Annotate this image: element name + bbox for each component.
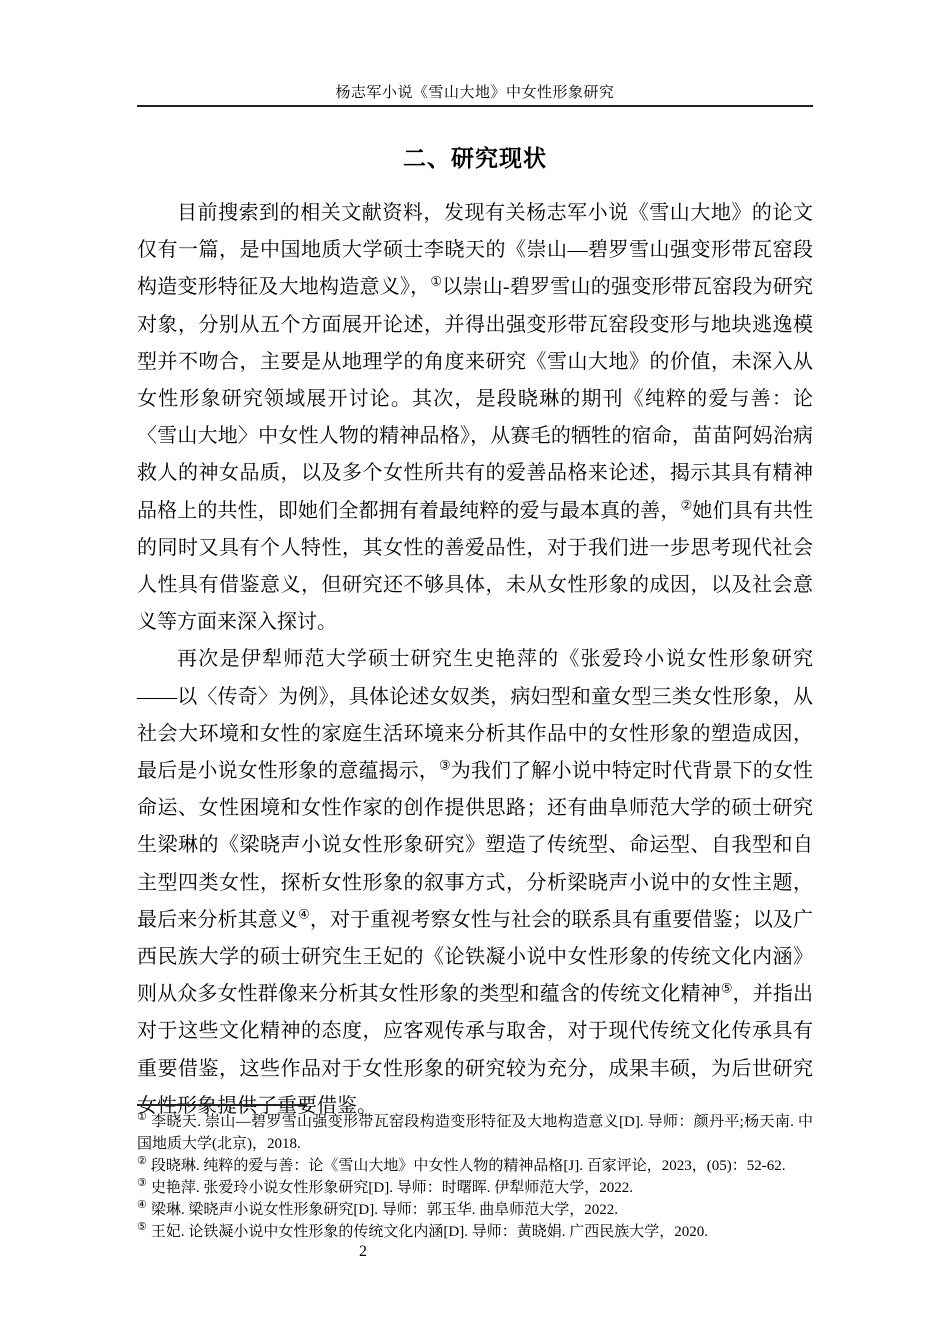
running-header: 杨志军小说《雪山大地》中女性形象研究 xyxy=(137,84,813,107)
paragraph-text: 为我们了解小说中特定时代背景下的女性命运、女性困境和女性作家的创作提供思路；还有… xyxy=(137,760,813,931)
footnote-text: 梁琳. 梁晓声小说女性形象研究[D]. 导师：郭玉华. 曲阜师范大学，2022. xyxy=(151,1202,618,1218)
footnote-item: ⑤王妃. 论铁凝小说中女性形象的传统文化内涵[D]. 导师：黄晓娟. 广西民族大… xyxy=(137,1221,813,1243)
footnote-text: 史艳萍. 张爱玲小说女性形象研究[D]. 导师：时曙晖. 伊犁师范大学，2022… xyxy=(151,1180,633,1196)
footnote-marker: ④ xyxy=(137,1199,147,1211)
page-number: 2 xyxy=(337,1242,389,1262)
footnote-item: ③史艳萍. 张爱玲小说女性形象研究[D]. 导师：时曙晖. 伊犁师范大学，202… xyxy=(137,1177,813,1199)
footnote-ref: ⑤ xyxy=(721,981,733,996)
footnote-ref: ② xyxy=(681,497,693,512)
footnote-item: ②段晓琳. 纯粹的爱与善：论《雪山大地》中女性人物的精神品格[J]. 百家评论，… xyxy=(137,1155,813,1177)
footnote-ref: ① xyxy=(430,274,442,289)
paragraph-text: 以崇山-碧罗雪山的强变形带瓦窑段为研究对象，分别从五个方面展开论述，并得出强变形… xyxy=(137,276,813,521)
footnote-item: ①李晓天. 崇山—碧罗雪山强变形带瓦窑段构造变形特征及大地构造意义[D]. 导师… xyxy=(137,1111,813,1155)
footnote-ref: ④ xyxy=(298,906,310,921)
footnote-text: 李晓天. 崇山—碧罗雪山强变形带瓦窑段构造变形特征及大地构造意义[D]. 导师：… xyxy=(137,1114,813,1152)
footnote-text: 段晓琳. 纯粹的爱与善：论《雪山大地》中女性人物的精神品格[J]. 百家评论，2… xyxy=(151,1158,786,1174)
footnote-marker: ① xyxy=(137,1111,147,1123)
footnote-item: ④梁琳. 梁晓声小说女性形象研究[D]. 导师：郭玉华. 曲阜师范大学，2022… xyxy=(137,1199,813,1221)
footnote-marker: ⑤ xyxy=(137,1221,147,1233)
footnote-separator xyxy=(137,1104,307,1106)
document-page: 杨志军小说《雪山大地》中女性形象研究 二、研究现状 目前搜索到的相关文献资料，发… xyxy=(0,0,950,1344)
section-title: 二、研究现状 xyxy=(137,143,813,173)
paragraph: 再次是伊犁师范大学硕士研究生史艳萍的《张爱玲小说女性形象研究 ——以〈传奇〉为例… xyxy=(137,641,813,1125)
footnote-ref: ③ xyxy=(439,757,451,772)
footnote-text: 王妃. 论铁凝小说中女性形象的传统文化内涵[D]. 导师：黄晓娟. 广西民族大学… xyxy=(151,1224,708,1240)
footnote-marker: ② xyxy=(137,1155,147,1167)
paragraph: 目前搜索到的相关文献资料，发现有关杨志军小说《雪山大地》的论文仅有一篇，是中国地… xyxy=(137,195,813,641)
footnote-area: ①李晓天. 崇山—碧罗雪山强变形带瓦窑段构造变形特征及大地构造意义[D]. 导师… xyxy=(137,1104,813,1243)
footnote-marker: ③ xyxy=(137,1177,147,1189)
body-paragraphs: 目前搜索到的相关文献资料，发现有关杨志军小说《雪山大地》的论文仅有一篇，是中国地… xyxy=(137,195,813,1125)
footnote-list: ①李晓天. 崇山—碧罗雪山强变形带瓦窑段构造变形特征及大地构造意义[D]. 导师… xyxy=(137,1111,813,1243)
